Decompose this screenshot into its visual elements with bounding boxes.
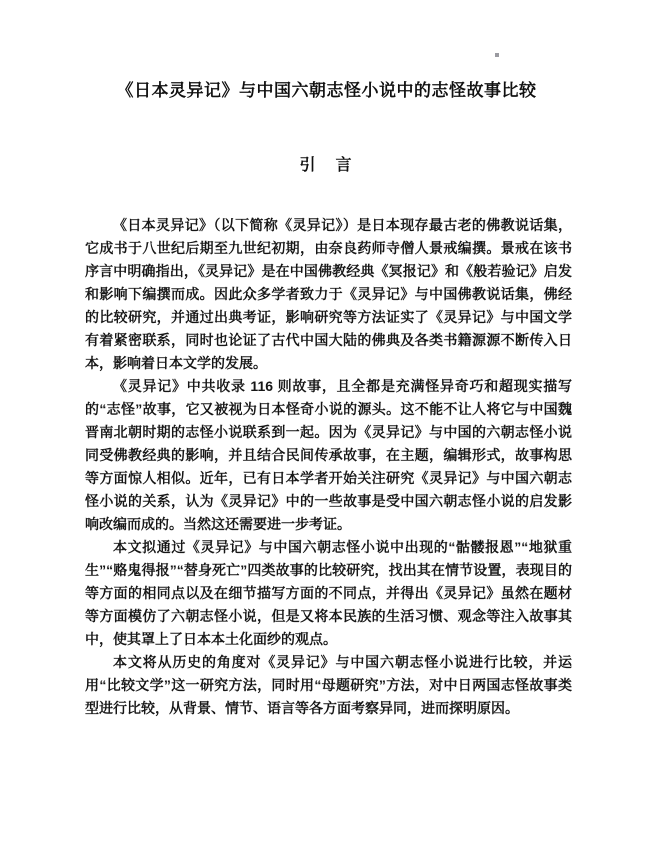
paragraph-1: 《日本灵异记》（以下简称《灵异记》）是日本现存最古老的佛教说话集，它成书于八世纪… [85,214,572,375]
scan-artifact-dot [495,53,499,57]
document-body: 《日本灵异记》（以下简称《灵异记》）是日本现存最古老的佛教说话集，它成书于八世纪… [85,214,572,720]
paragraph-2: 《灵异记》中共收录 116 则故事，且全都是充满怪异奇巧和超现实描写的“志怪”故… [85,375,572,536]
page-title: 《日本灵异记》与中国六朝志怪小说中的志怪故事比较 [40,76,613,101]
paragraph-3: 本文拟通过《灵异记》与中国六朝志怪小说中出现的“骷髅报恩”“地狱重生”“赂鬼得报… [85,536,572,651]
document-page: 《日本灵异记》与中国六朝志怪小说中的志怪故事比较 引 言 《日本灵异记》（以下简… [0,0,653,851]
paragraph-4: 本文将从历史的角度对《灵异记》与中国六朝志怪小说进行比较，并运用“比较文学”这一… [85,651,572,720]
section-heading: 引 言 [40,152,613,175]
